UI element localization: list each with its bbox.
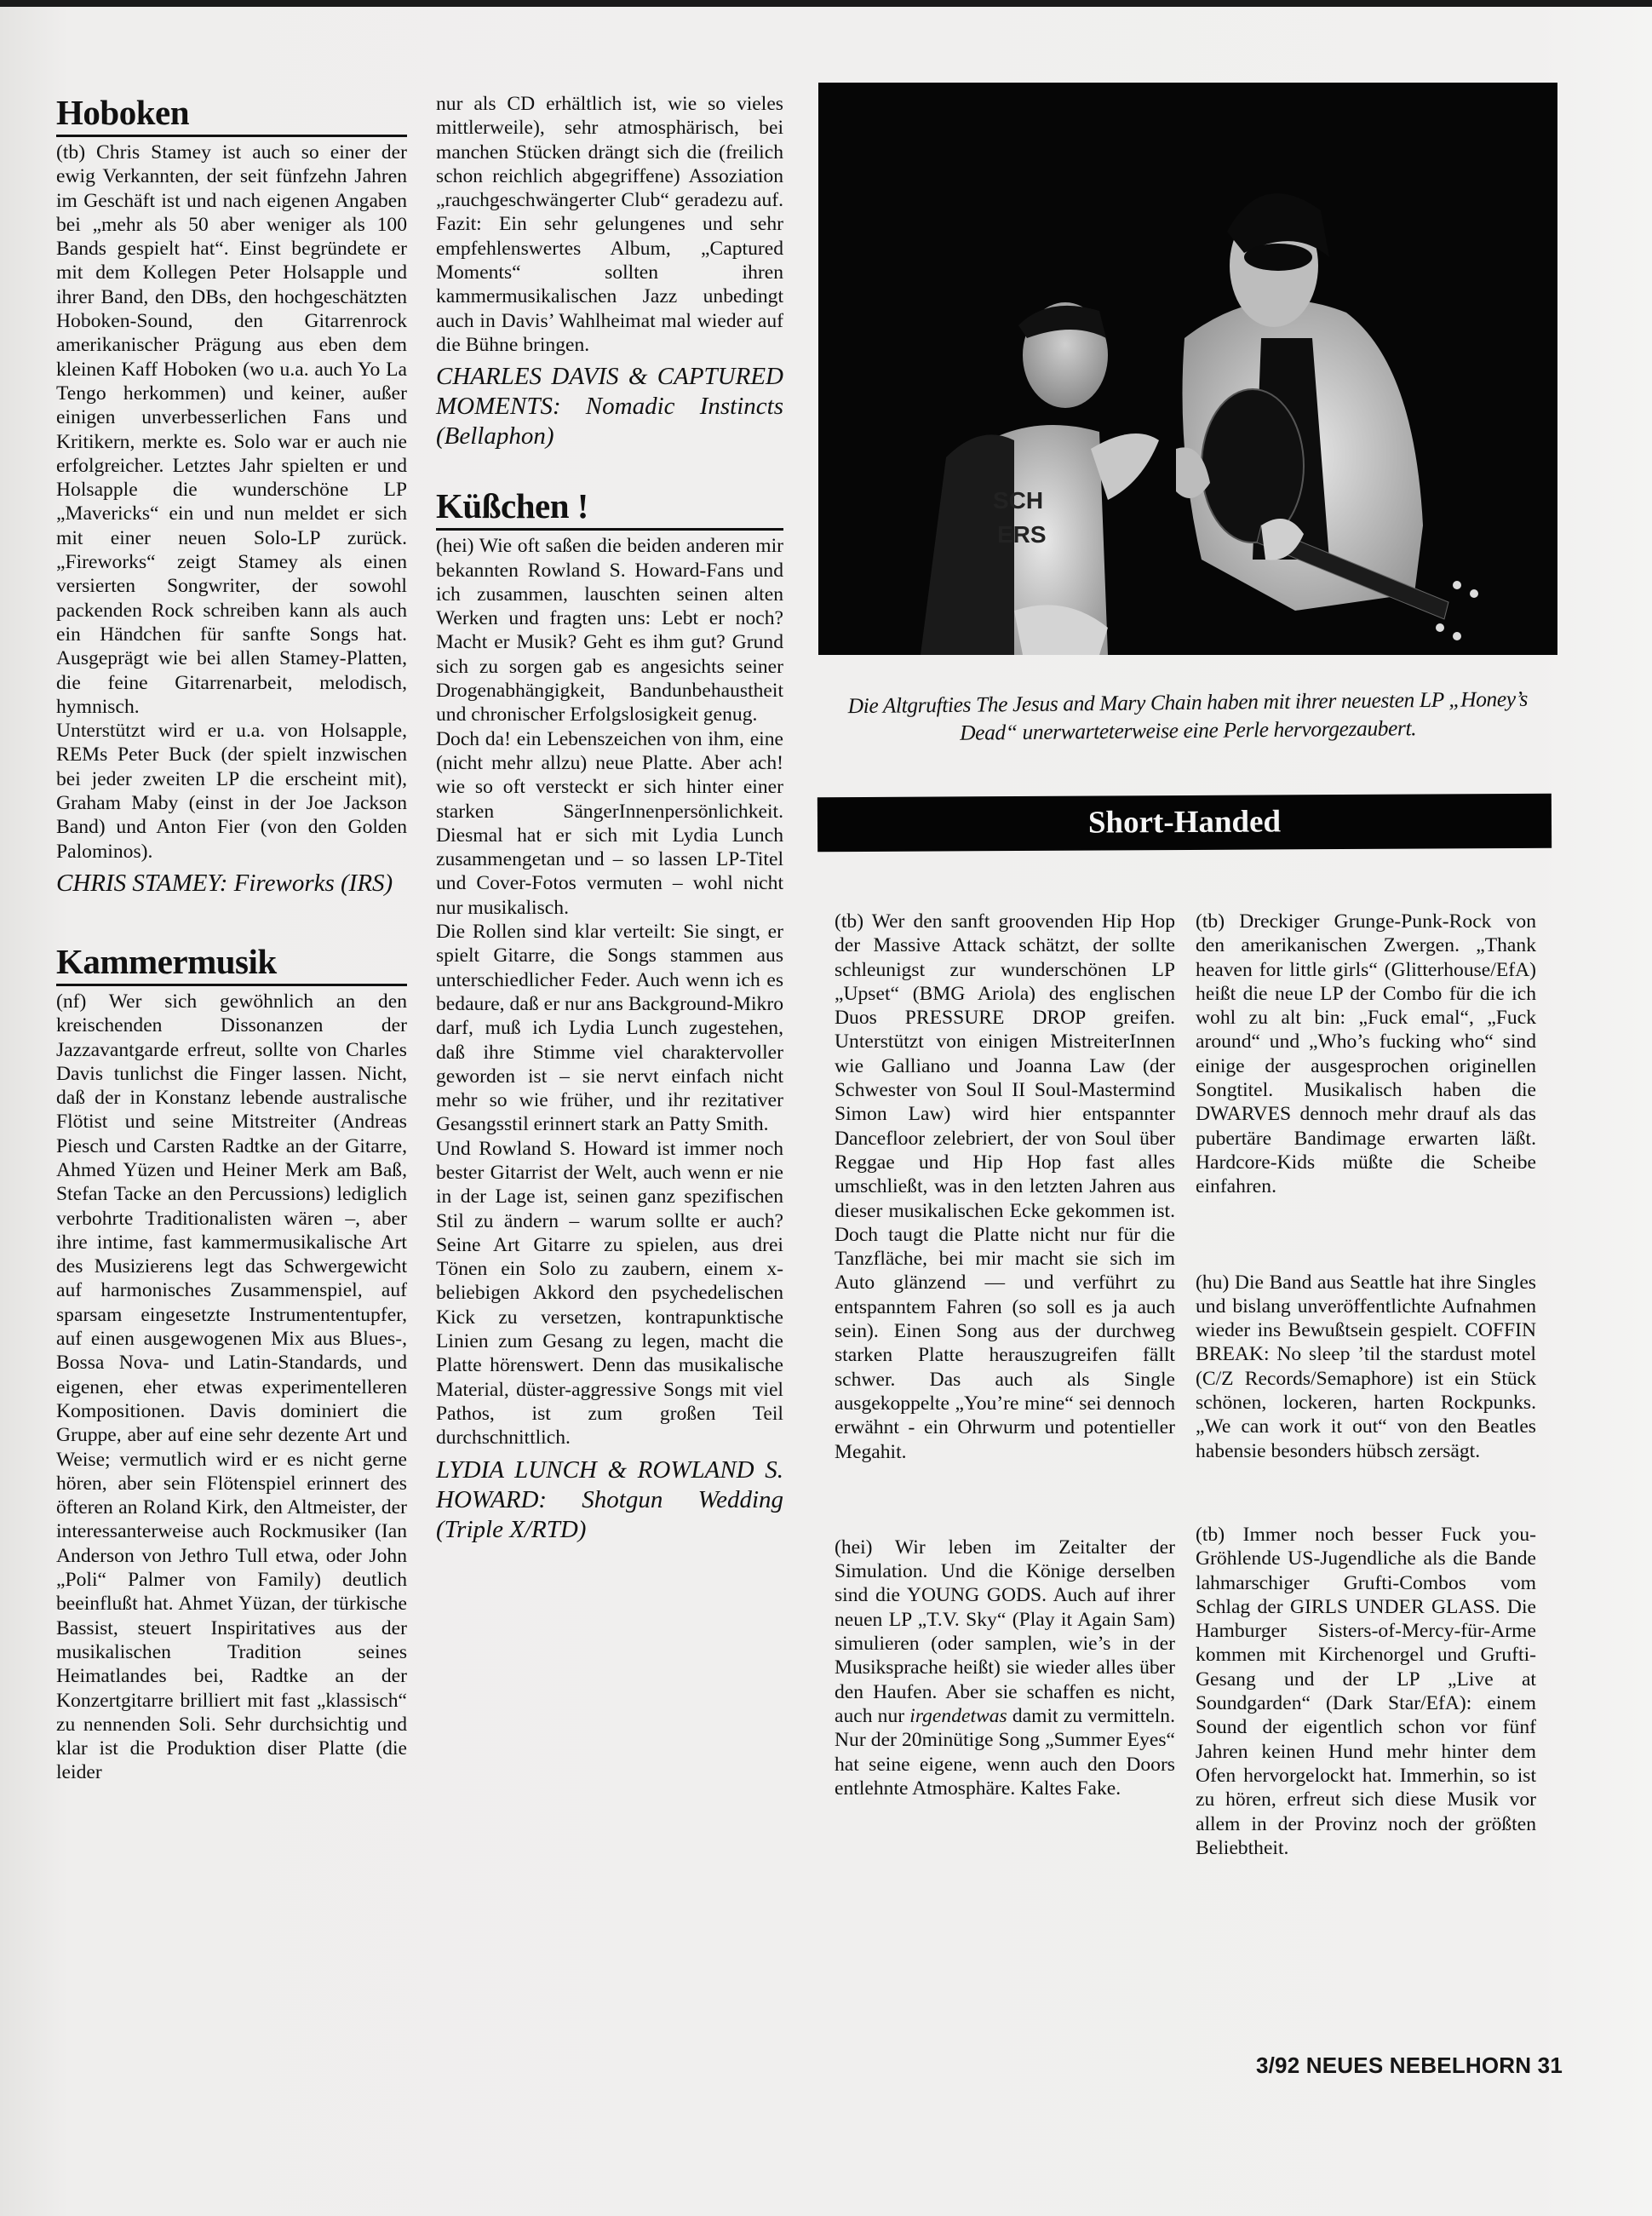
paragraph: Doch da! ein Lebenszeichen von ihm, eine… xyxy=(436,727,783,920)
record-credit: CHRIS STAMEY: Fireworks (IRS) xyxy=(56,869,407,898)
record-credit: LYDIA LUNCH & ROWLAND S. HOWARD: Shotgun… xyxy=(436,1455,783,1545)
article-kammermusik: Kammermusik (nf) Wer sich gewöhnlich an … xyxy=(56,941,407,1785)
band-photo: SCH ERS xyxy=(818,83,1557,655)
svg-text:SCH: SCH xyxy=(993,487,1043,514)
article-body: (hei) Wie oft saßen die beiden anderen m… xyxy=(436,534,783,1450)
review-text-emphasis: irgendetwas xyxy=(909,1705,1007,1727)
article-body: (nf) Wer sich gewöhnlich an den kreische… xyxy=(56,990,407,1785)
paragraph: Unterstützt wird er u.a. von Holsapple, … xyxy=(56,719,407,864)
article-kuesschen: Küßchen ! (hei) Wie oft saßen die beiden… xyxy=(436,485,783,1544)
svg-text:ERS: ERS xyxy=(997,521,1047,548)
review-pressure-drop: (tb) Wer den sanft groovenden Hip Hop de… xyxy=(835,910,1175,1464)
record-credit: CHARLES DAVIS & CAPTURED MOMENTS: Nomadi… xyxy=(436,362,783,451)
short-handed-column-left: (tb) Wer den sanft groovenden Hip Hop de… xyxy=(835,910,1175,1800)
paragraph: nur als CD erhältlich ist, wie so vieles… xyxy=(436,92,783,357)
article-hoboken: Hoboken (tb) Chris Stamey ist auch so ei… xyxy=(56,92,407,898)
review-dwarves: (tb) Dreckiger Grunge-Punk-Rock von den … xyxy=(1196,910,1536,1199)
short-handed-column-right: (tb) Dreckiger Grunge-Punk-Rock von den … xyxy=(1196,910,1536,1860)
headline-hoboken: Hoboken xyxy=(56,92,407,137)
page-footer: 3/92 NEUES NEBELHORN 31 xyxy=(1188,2052,1563,2079)
review-girls-under-glass: (tb) Immer noch besser Fuck you-Gröhlend… xyxy=(1196,1523,1536,1860)
scan-top-edge xyxy=(0,0,1652,7)
paragraph: (tb) Chris Stamey ist auch so einer der … xyxy=(56,141,407,719)
review-text: (hei) Wir leben im Zeitalter der Simulat… xyxy=(835,1536,1175,1727)
paragraph: Und Rowland S. Howard ist immer noch bes… xyxy=(436,1137,783,1450)
paragraph: Die Rollen sind klar verteilt: Sie singt… xyxy=(436,920,783,1137)
headline-kuesschen: Küßchen ! xyxy=(436,485,783,531)
section-header-short-handed: Short-Handed xyxy=(817,794,1552,853)
photo-image: SCH ERS xyxy=(818,83,1557,655)
review-coffin-break: (hu) Die Band aus Seattle hat ihre Singl… xyxy=(1196,1271,1536,1463)
review-young-gods: (hei) Wir leben im Zeitalter der Simulat… xyxy=(835,1536,1175,1800)
paragraph: (nf) Wer sich gewöhnlich an den kreische… xyxy=(56,990,407,1785)
column-2: nur als CD erhältlich ist, wie so vieles… xyxy=(436,92,783,1545)
paragraph: (hei) Wie oft saßen die beiden anderen m… xyxy=(436,534,783,726)
headline-kammermusik: Kammermusik xyxy=(56,941,407,986)
article-body-continued: nur als CD erhältlich ist, wie so vieles… xyxy=(436,92,783,357)
photo-caption: Die Altgrufties The Jesus and Mary Chain… xyxy=(826,685,1551,749)
column-1: Hoboken (tb) Chris Stamey ist auch so ei… xyxy=(56,92,407,1785)
article-body: (tb) Chris Stamey ist auch so einer der … xyxy=(56,141,407,864)
